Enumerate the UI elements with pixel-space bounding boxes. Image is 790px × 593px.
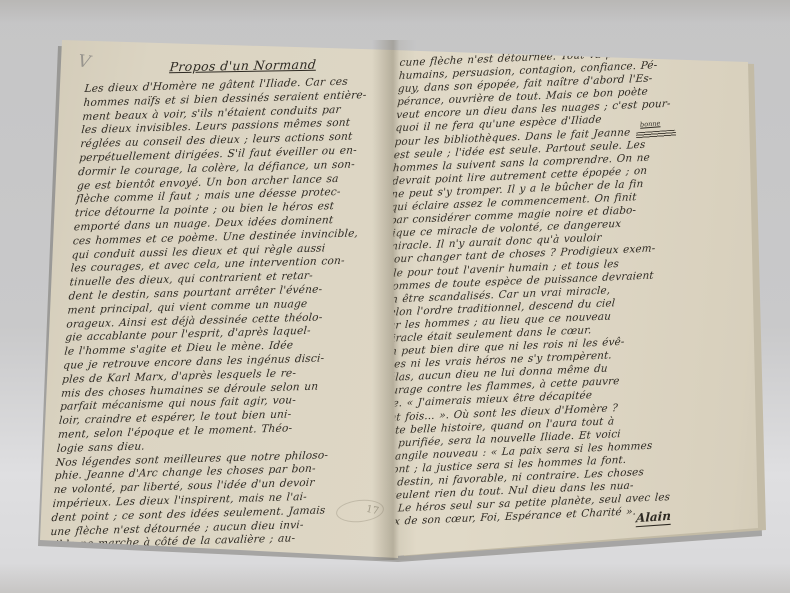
- author-signature: Alain: [636, 509, 671, 528]
- interlinear-insertion: bonne: [640, 119, 661, 128]
- pencil-check-mark: V: [77, 51, 92, 73]
- manuscript-title: Propos d'un Normand: [147, 56, 338, 74]
- photo-of-manuscript: Propos d'un Normand Les dieux d'Homère n…: [0, 0, 790, 593]
- center-fold-shadow: [372, 40, 416, 560]
- right-page-handwriting: cune flèche n'est détournée. Tout va par…: [370, 43, 735, 530]
- left-page-handwriting: Les dieux d'Homère ne gâtent l'Iliade. C…: [49, 75, 387, 554]
